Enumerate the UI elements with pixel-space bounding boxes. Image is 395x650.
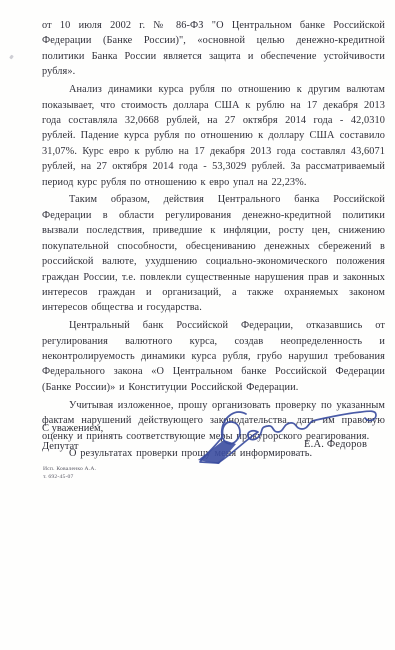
paragraph-exchange-rate-analysis: Анализ динамики курса рубля по отношению… — [42, 82, 385, 190]
executor-note: Исп. Коваленко А.А. — [43, 466, 96, 474]
paragraph-violation: Центральный банк Российской Федерации, о… — [42, 318, 385, 395]
executor-phone: т. 692-45-07 — [43, 474, 96, 482]
handwritten-signature — [188, 398, 393, 478]
closing-salutation: С уважением, — [42, 420, 103, 438]
executor-block: Исп. Коваленко А.А. т. 692-45-07 — [43, 466, 96, 481]
closing-block: С уважением, Депутат — [42, 420, 103, 455]
scanned-letter-page: от 10 июля 2002 г. № 86-ФЗ "О Центрально… — [0, 0, 395, 650]
paragraph-consequences: Таким образом, действия Центрального бан… — [42, 192, 385, 315]
scan-artifact — [9, 55, 14, 60]
closing-position: Депутат — [42, 438, 103, 456]
signer-name: Е.А. Федоров — [304, 439, 367, 450]
paragraph-law-quote: от 10 июля 2002 г. № 86-ФЗ "О Центрально… — [42, 18, 385, 80]
